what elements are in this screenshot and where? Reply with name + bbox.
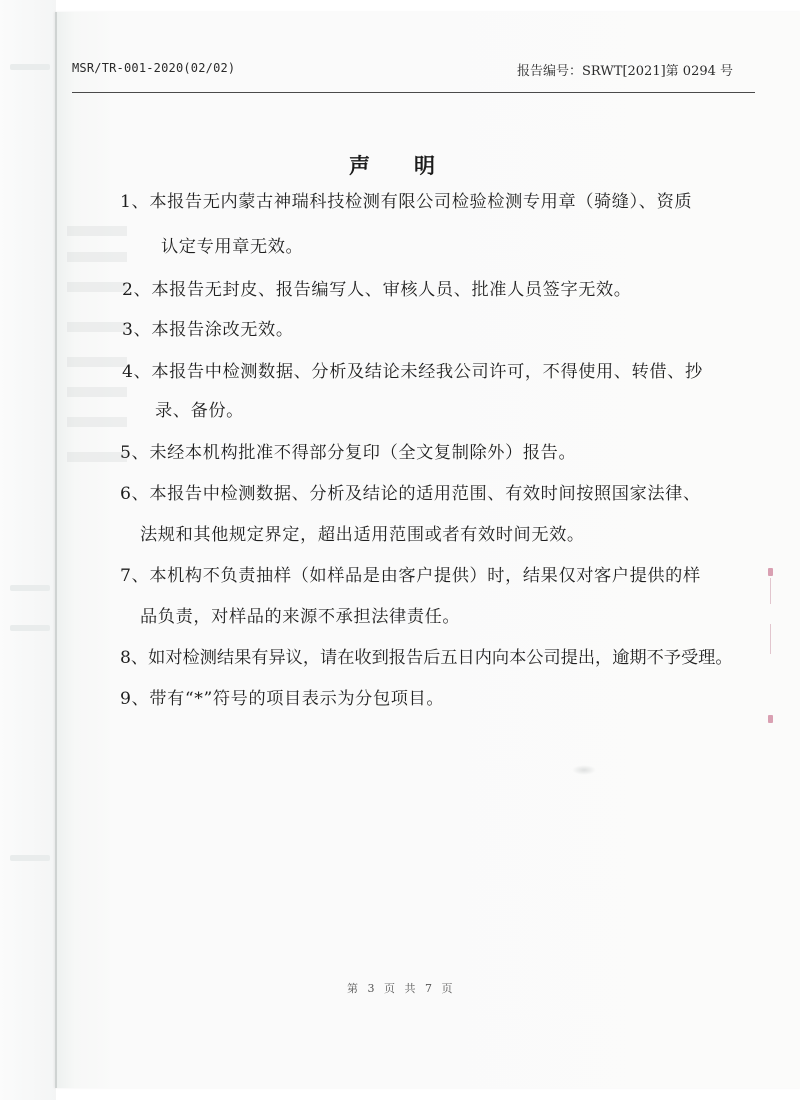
clause-text: 本报告中检测数据、分析及结论的适用范围、有效时间按照国家法律、 [149,484,700,504]
clause-9-line-1: 9、带有“*”符号的项目表示为分包项目。 [120,684,444,709]
bleed-through-mark [67,357,127,367]
clause-7-line-1: 7、本机构不负责抽样（如样品是由客户提供）时，结果仅对客户提供的样 [120,561,701,586]
clause-1-line-2: 认定专用章无效。 [161,232,303,257]
seal-edge-mark [768,568,773,576]
clause-text: 本报告涂改无效。 [151,320,293,340]
clause-4-line-1: 4、本报告中检测数据、分析及结论未经我公司许可，不得使用、转借、抄 [122,357,703,382]
form-code: MSR/TR-001-2020(02/02) [72,61,235,75]
clause-text: 本报告无封皮、报告编写人、审核人员、批准人员签字无效。 [151,280,631,300]
underlying-page-ghost [10,625,50,631]
header-divider [72,92,755,93]
clause-4-line-2: 录、备份。 [155,396,244,421]
clause-number: 3、 [122,320,151,340]
clause-number: 4、 [122,362,151,382]
bleed-through-mark [67,322,127,332]
clause-text: 带有“*”符号的项目表示为分包项目。 [149,689,444,709]
clause-text: 本机构不负责抽样（如样品是由客户提供）时，结果仅对客户提供的样 [149,566,700,586]
bleed-through-mark [67,387,127,397]
clause-1-line-1: 1、本报告无内蒙古神瑞科技检测有限公司检验检测专用章（骑缝）、资质 [120,187,692,212]
underlying-page-ghost [10,855,50,861]
clause-number: 5、 [120,443,149,463]
page-number: 第 3 页 共 7 页 [347,980,455,996]
bleed-through-mark [67,452,127,462]
clause-2-line-1: 2、本报告无封皮、报告编写人、审核人员、批准人员签字无效。 [122,275,632,300]
bleed-through-mark [67,226,127,236]
bleed-through-mark [67,252,127,262]
seal-edge-line [770,624,771,654]
scan-smudge [572,765,596,775]
clause-6-line-1: 6、本报告中检测数据、分析及结论的适用范围、有效时间按照国家法律、 [120,479,701,504]
seal-edge-line [770,578,771,604]
bleed-through-mark [67,282,127,292]
clause-6-line-2: 法规和其他规定界定，超出适用范围或者有效时间无效。 [140,520,585,545]
underlying-page-ghost [10,64,50,70]
clause-5-line-1: 5、未经本机构批准不得部分复印（全文复制除外）报告。 [120,438,576,463]
scan-backdrop-left [0,0,56,1100]
clause-number: 1、 [120,192,149,212]
page-title: 声明 [349,150,479,180]
clause-number: 7、 [120,566,149,586]
clause-text: 本报告无内蒙古神瑞科技检测有限公司检验检测专用章（骑缝）、资质 [149,192,692,212]
clause-3-line-1: 3、本报告涂改无效。 [122,315,294,340]
clause-text: 未经本机构批准不得部分复印（全文复制除外）报告。 [149,443,576,463]
clause-7-line-2: 品负责，对样品的来源不承担法律责任。 [140,602,460,627]
clause-number: 6、 [120,484,149,504]
clause-number: 9、 [120,689,149,709]
clause-text: 如对检测结果有异议，请在收到报告后五日内向本公司提出，逾期不予受理。 [148,648,732,668]
clause-number: 2、 [122,280,151,300]
report-number: 报告编号：SRWT[2021]第 0294 号 [517,60,733,79]
clause-8-line-1: 8、如对检测结果有异议，请在收到报告后五日内向本公司提出，逾期不予受理。 [120,643,733,668]
clause-number: 8、 [120,648,148,668]
underlying-page-ghost [10,585,50,591]
bleed-through-mark [67,417,127,427]
seal-edge-mark [768,715,773,723]
document-page: MSR/TR-001-2020(02/02) 报告编号：SRWT[2021]第 … [55,12,800,1088]
clause-text: 本报告中检测数据、分析及结论未经我公司许可，不得使用、转借、抄 [151,362,702,382]
